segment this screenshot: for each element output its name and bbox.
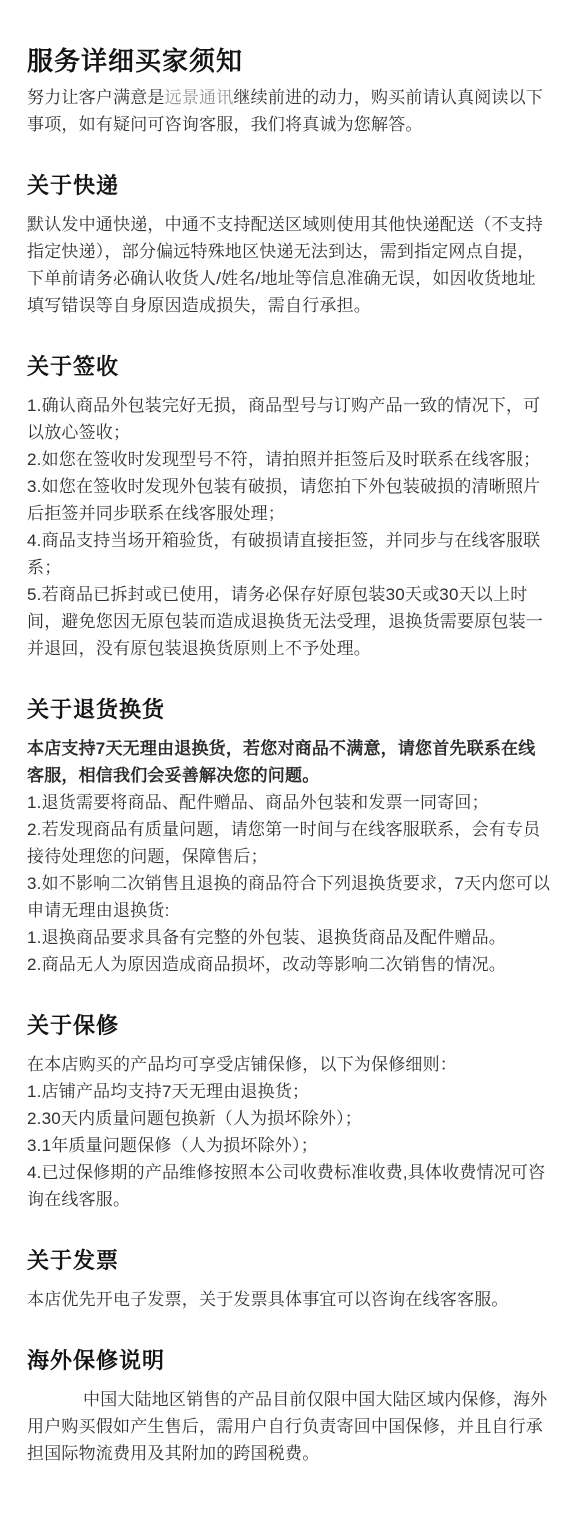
sign-off-item-1: 1.确认商品外包装完好无损，商品型号与订购产品一致的情况下，可以放心签收； xyxy=(27,392,551,446)
warranty-item-3: 3.1年质量问题保修（人为损坏除外）； xyxy=(27,1132,551,1159)
returns-item-1: 1.退货需要将商品、配件赠品、商品外包装和发票一同寄回； xyxy=(27,789,551,816)
sign-off-item-5: 5.若商品已拆封或已使用，请务必保存好原包装30天或30天以上时间，避免您因无原… xyxy=(27,581,551,662)
sign-off-item-3: 3.如您在签收时发现外包装有破损，请您拍下外包装破损的清晰照片后拒签并同步联系在… xyxy=(27,473,551,527)
section-invoice-title: 关于发票 xyxy=(27,1247,551,1275)
page-title: 服务详细买家须知 xyxy=(27,46,551,76)
returns-lead: 本店支持7天无理由退换货，若您对商品不满意，请您首先联系在线客服，相信我们会妥善… xyxy=(27,735,551,789)
section-warranty-title: 关于保修 xyxy=(27,1012,551,1040)
section-express-title: 关于快递 xyxy=(27,172,551,200)
section-sign-off-title: 关于签收 xyxy=(27,353,551,381)
section-overseas: 海外保修说明 中国大陆地区销售的产品目前仅限中国大陆区域内保修，海外用户购买假如… xyxy=(27,1347,551,1467)
section-overseas-title: 海外保修说明 xyxy=(27,1347,551,1375)
express-paragraph: 默认发中通快递，中通不支持配送区域则使用其他快递配送（不支持指定快递），部分偏远… xyxy=(27,211,551,319)
warranty-item-1: 1.店铺产品均支持7天无理由退换货； xyxy=(27,1078,551,1105)
invoice-paragraph: 本店优先开电子发票，关于发票具体事宜可以咨询在线客客服。 xyxy=(27,1286,551,1313)
buyer-notice-page: 服务详细买家须知 努力让客户满意是远景通讯继续前进的动力，购买前请认真阅读以下事… xyxy=(0,0,578,1527)
returns-item-3: 3.如不影响二次销售且退换的商品符合下列退换货要求，7天内您可以申请无理由退换货… xyxy=(27,870,551,924)
brand-name: 远景通讯 xyxy=(165,88,234,107)
returns-subitem-1: 1.退换商品要求具备有完整的外包装、退换货商品及配件赠品。 xyxy=(27,924,551,951)
returns-item-2: 2.若发现商品有质量问题，请您第一时间与在线客服联系，会有专员接待处理您的问题，… xyxy=(27,816,551,870)
section-express: 关于快递 默认发中通快递，中通不支持配送区域则使用其他快递配送（不支持指定快递）… xyxy=(27,172,551,319)
section-sign-off: 关于签收 1.确认商品外包装完好无损，商品型号与订购产品一致的情况下，可以放心签… xyxy=(27,353,551,662)
returns-subitem-2: 2.商品无人为原因造成商品损坏，改动等影响二次销售的情况。 xyxy=(27,951,551,978)
warranty-item-2: 2.30天内质量问题包换新（人为损坏除外）； xyxy=(27,1105,551,1132)
warranty-item-4: 4.已过保修期的产品维修按照本公司收费标准收费,具体收费情况可咨询在线客服。 xyxy=(27,1159,551,1213)
section-returns: 关于退货换货 本店支持7天无理由退换货，若您对商品不满意，请您首先联系在线客服，… xyxy=(27,696,551,978)
overseas-paragraph: 中国大陆地区销售的产品目前仅限中国大陆区域内保修，海外用户购买假如产生售后，需用… xyxy=(27,1386,551,1467)
warranty-intro: 在本店购买的产品均可享受店铺保修，以下为保修细则： xyxy=(27,1051,551,1078)
section-invoice: 关于发票 本店优先开电子发票，关于发票具体事宜可以咨询在线客客服。 xyxy=(27,1247,551,1313)
sign-off-item-2: 2.如您在签收时发现型号不符，请拍照并拒签后及时联系在线客服； xyxy=(27,446,551,473)
intro-paragraph: 努力让客户满意是远景通讯继续前进的动力，购买前请认真阅读以下事项，如有疑问可咨询… xyxy=(27,84,551,138)
section-warranty: 关于保修 在本店购买的产品均可享受店铺保修，以下为保修细则： 1.店铺产品均支持… xyxy=(27,1012,551,1213)
sign-off-item-4: 4.商品支持当场开箱验货，有破损请直接拒签，并同步与在线客服联系； xyxy=(27,527,551,581)
section-returns-title: 关于退货换货 xyxy=(27,696,551,724)
intro-text-prefix: 努力让客户满意是 xyxy=(27,88,165,107)
